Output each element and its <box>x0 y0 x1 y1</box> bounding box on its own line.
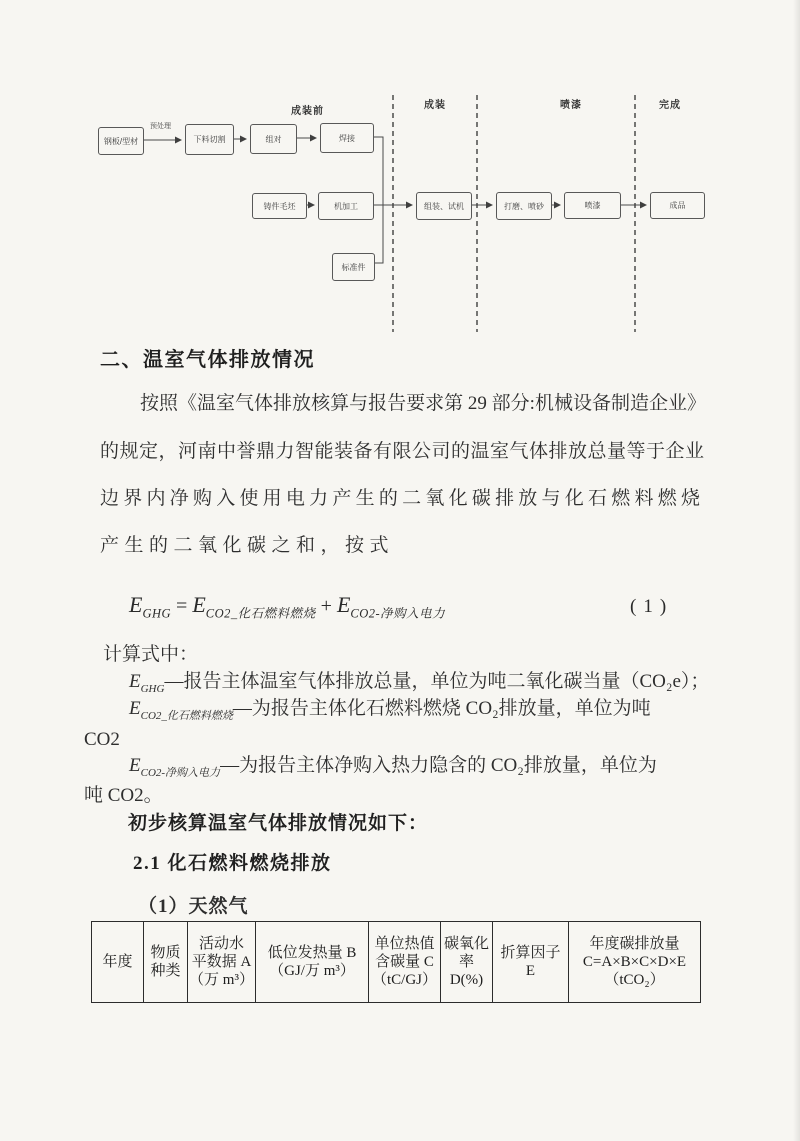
definition-line: EGHG—报告主体温室气体排放总量，单位为吨二氧化碳当量（CO₂e）； <box>129 670 709 697</box>
arrow-label-pretreatment: 预处理 <box>150 121 171 131</box>
table-header-material-type: 物质 种类 <box>144 922 188 1003</box>
paragraph-line: 边界内净购入使用电力产生的二氧化碳排放与化石燃料燃烧 <box>100 487 700 511</box>
formula-intro: 计算式中： <box>103 643 198 667</box>
flow-box-grinding-sandblasting: 打磨、喷砂 <box>496 192 552 220</box>
term-subscript: CO2-净购入电力 <box>141 767 220 779</box>
section-heading: 二、温室气体排放情况 <box>100 348 315 373</box>
definition-text: —为报告主体化石燃料燃烧 CO₂排放量，单位为吨 <box>233 698 651 719</box>
natural-gas-table: 年度 物质 种类 活动水 平数据 A （万 m³） 低位发热量 B （GJ/万 … <box>91 921 701 1003</box>
flow-box-machining: 机加工 <box>318 192 374 220</box>
formula-symbol: E <box>129 592 142 617</box>
subsection-heading: 2.1 化石燃料燃烧排放 <box>133 852 332 876</box>
formula-symbol: E <box>337 592 350 617</box>
flow-box-casting-blank: 铸件毛坯 <box>252 193 307 219</box>
flow-box-finished-product: 成品 <box>650 192 705 219</box>
equation-number: (1) <box>630 596 673 618</box>
table-header-carbon-content: 单位热值 含碳量 C （tC/GJ） <box>369 922 441 1003</box>
definition-continuation: CO2 <box>84 728 120 752</box>
term-subscript: GHG <box>141 683 165 695</box>
flow-box-steel-plate: 钢板/型材 <box>98 127 144 155</box>
term-symbol: E <box>129 755 141 776</box>
flow-box-assembly-test: 组装、试机 <box>416 192 472 220</box>
definition-line: ECO2_化石燃料燃烧—为报告主体化石燃料燃烧 CO₂排放量，单位为吨 <box>129 697 651 724</box>
term-symbol: E <box>129 671 141 692</box>
definition-line: ECO2-净购入电力—为报告主体净购入热力隐含的 CO₂排放量，单位为 <box>129 754 657 781</box>
flow-box-pairing: 组对 <box>250 124 297 154</box>
stage-label-complete: 完成 <box>659 96 681 111</box>
paragraph-line: 产生的二氧化碳之和，按式 <box>100 534 394 558</box>
subsection-item: （1）天然气 <box>138 895 249 919</box>
definition-text: —为报告主体净购入热力隐含的 CO₂排放量，单位为 <box>220 755 657 776</box>
table-header-conversion-factor: 折算因子 E <box>493 922 569 1003</box>
formula-symbol: E <box>192 592 205 617</box>
flow-box-painting: 喷漆 <box>564 192 621 219</box>
table-header-annual-emission: 年度碳排放量 C=A×B×C×D×E （tCO₂） <box>569 922 701 1003</box>
paragraph-line: 的规定，河南中誉鼎力智能装备有限公司的温室气体排放总量等于企业 <box>100 440 704 464</box>
definition-continuation: 吨 CO2。 <box>84 784 163 808</box>
ghg-formula: EGHG=ECO2_化石燃料燃烧+ECO2-净购入电力 <box>129 592 445 621</box>
table-header-activity-data: 活动水 平数据 A （万 m³） <box>188 922 256 1003</box>
stage-label-painting: 喷漆 <box>560 96 582 111</box>
equals-sign: = <box>171 595 192 617</box>
table-header-oxidation-rate: 碳氧化 率 D(%) <box>441 922 493 1003</box>
document-page: 成装前 成装 喷漆 完成 预处理 钢板/型材 下料切割 组对 焊接 铸件毛坯 机… <box>0 0 800 1141</box>
flow-box-standard-parts: 标准件 <box>332 253 375 281</box>
plus-sign: + <box>316 595 337 617</box>
stage-label-pre-assembly: 成装前 <box>291 102 324 117</box>
flow-box-welding: 焊接 <box>320 123 374 153</box>
term-subscript: CO2_化石燃料燃烧 <box>141 710 233 722</box>
formula-subscript: GHG <box>142 606 171 620</box>
table-header-heating-value: 低位发热量 B （GJ/万 m³） <box>256 922 369 1003</box>
table-header-row: 年度 物质 种类 活动水 平数据 A （万 m³） 低位发热量 B （GJ/万 … <box>92 922 701 1003</box>
definition-text: —报告主体温室气体排放总量，单位为吨二氧化碳当量（CO₂e）； <box>164 671 709 692</box>
stage-label-assembly: 成装 <box>424 96 446 111</box>
term-symbol: E <box>129 698 141 719</box>
flowchart-connectors <box>0 0 800 340</box>
formula-subscript: CO2-净购入电力 <box>350 606 445 620</box>
flow-box-cutting: 下料切割 <box>185 124 234 155</box>
paragraph-line: 按照《温室气体排放核算与报告要求第 29 部分:机械设备制造企业》 <box>140 392 706 416</box>
preliminary-note: 初步核算温室气体排放情况如下： <box>128 812 428 836</box>
formula-subscript: CO2_化石燃料燃烧 <box>206 606 316 620</box>
table-header-year: 年度 <box>92 922 144 1003</box>
